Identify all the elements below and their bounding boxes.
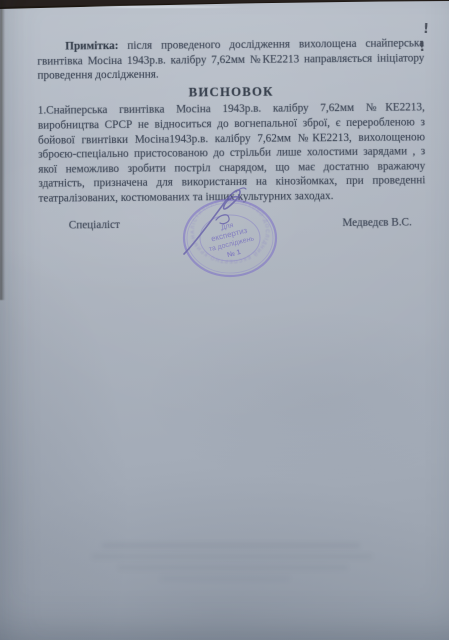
- note-label: Примітка:: [65, 40, 118, 52]
- conclusion-heading: ВИСНОВОК: [38, 83, 425, 101]
- round-stamp: • НАУКОВО-ДОСЛІДНИЙ ЕКСПЕРТНО-КРИМІНАЛІС…: [166, 186, 298, 292]
- signature-role: Спеціаліст: [39, 218, 120, 233]
- document-photo: Примітка: після проведеного дослідження …: [0, 0, 449, 640]
- margin-mark-1: !: [423, 22, 430, 37]
- paper-edge-highlight: [84, 6, 244, 8]
- note-line-1-text: після проведеного дослідження вихолощена…: [127, 37, 424, 52]
- left-shadow-edge: [0, 0, 5, 300]
- table-edge: [0, 0, 449, 10]
- note-line-3: проведення дослідження.: [37, 66, 424, 84]
- signature-name: Медведєв В.С.: [342, 215, 426, 230]
